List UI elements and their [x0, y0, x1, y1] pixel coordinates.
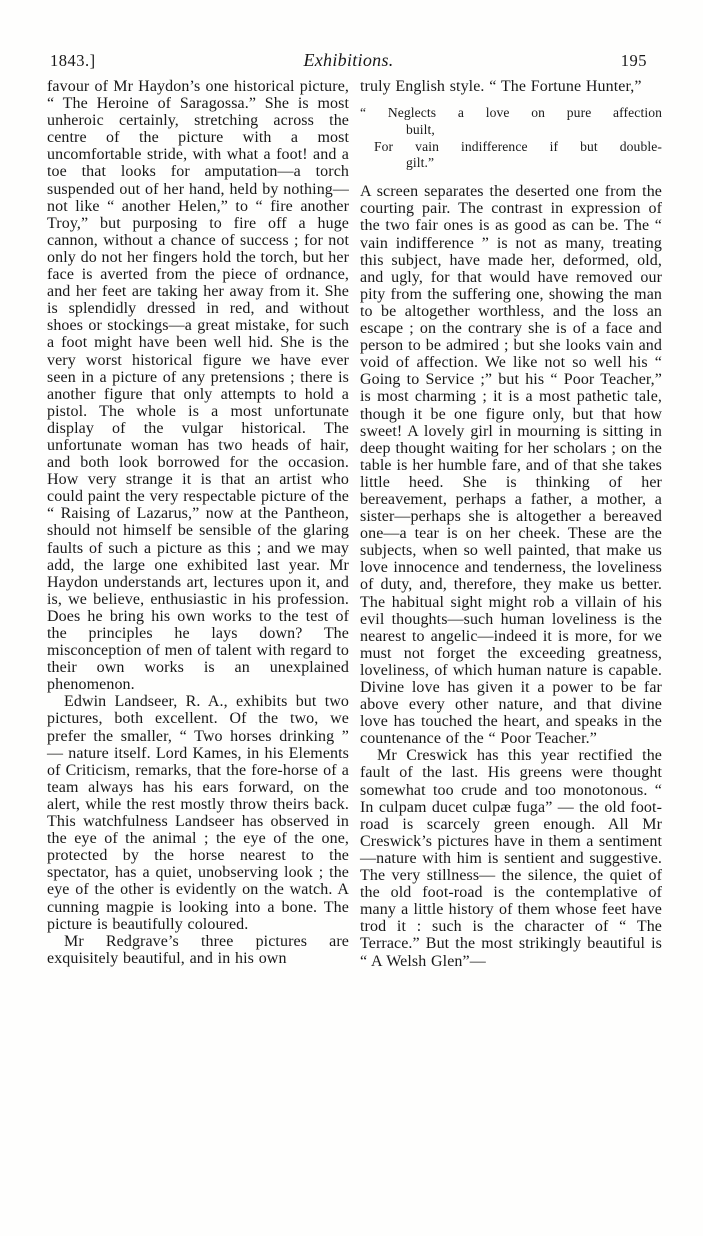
- paragraph-redgrave: Mr Redgrave’s three pictures are exquisi…: [47, 933, 349, 967]
- right-column: truly English style. “ The Fortune Hunte…: [360, 78, 662, 970]
- paragraph-landseer: Edwin Landseer, R. A., exhibits but two …: [47, 693, 349, 932]
- header-page-number: 195: [394, 51, 647, 71]
- verse-line: For vain indifference if but double-: [360, 139, 662, 156]
- verse-quotation: “ Neglects a love on pure affection buil…: [360, 105, 662, 172]
- two-column-body: favour of Mr Haydon’s one historical pic…: [0, 71, 703, 970]
- paragraph-creswick: Mr Creswick has this year rectified the …: [360, 747, 662, 969]
- left-column: favour of Mr Haydon’s one historical pic…: [47, 78, 349, 970]
- page-title: Exhibitions.: [303, 50, 393, 71]
- verse-line: “ Neglects a love on pure affection: [360, 105, 662, 122]
- scanned-document-page: 1843.] Exhibitions. 195 favour of Mr Hay…: [0, 0, 703, 1236]
- verse-line: built,: [360, 122, 662, 139]
- paragraph-haydon-heroine: favour of Mr Haydon’s one historical pic…: [47, 78, 349, 693]
- header-year-label: 1843.]: [50, 51, 303, 71]
- paragraph-screen-contrast: A screen separates the deserted one from…: [360, 183, 662, 747]
- verse-line: gilt.”: [360, 155, 662, 172]
- paragraph-fortune-hunter: truly English style. “ The Fortune Hunte…: [360, 78, 662, 95]
- page-header: 1843.] Exhibitions. 195: [0, 0, 703, 71]
